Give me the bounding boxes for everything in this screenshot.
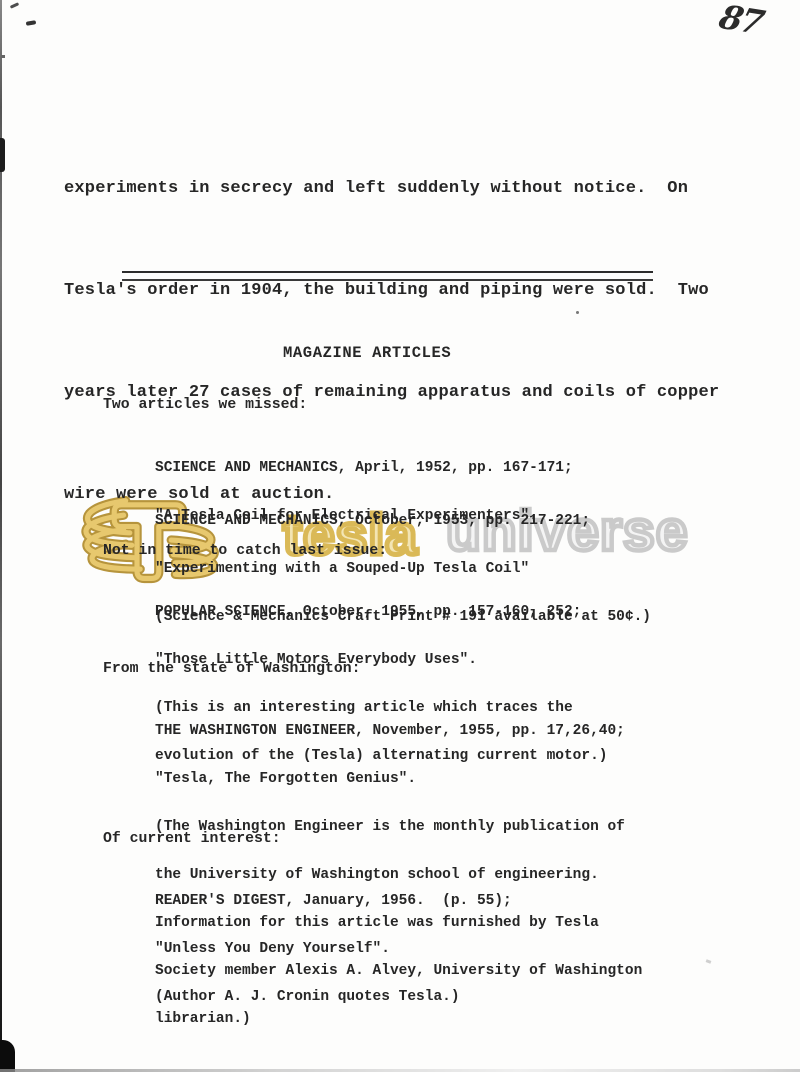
text-line: POPULAR SCIENCE, October, 1955, pp. 157-…	[155, 604, 607, 620]
text-line: "Tesla, The Forgotten Genius".	[155, 771, 642, 787]
scan-bottom-left-blob	[0, 1040, 15, 1072]
section-label-from-washington: From the state of Washington:	[103, 661, 361, 677]
handwritten-page-number: 87	[715, 0, 767, 42]
section-label-not-in-time: Not in time to catch last issue:	[103, 543, 387, 559]
article-entry: READER'S DIGEST, January, 1956. (p. 55);…	[155, 861, 512, 1037]
scan-speck	[1, 55, 5, 58]
scan-speck	[706, 959, 712, 964]
scan-speck	[26, 20, 37, 26]
scan-speck	[576, 311, 579, 314]
text-line: SCIENCE AND MECHANICS, April, 1952, pp. …	[155, 460, 573, 476]
text-line: (Author A. J. Cronin quotes Tesla.)	[155, 989, 512, 1005]
section-label-two-articles-we-missed: Two articles we missed:	[103, 397, 307, 413]
section-label-of-current-interest: Of current interest:	[103, 831, 281, 847]
text-line: experiments in secrecy and left suddenly…	[64, 172, 719, 206]
typed-double-rule-divider	[122, 271, 653, 281]
scan-left-edge-blob	[0, 138, 5, 172]
scanned-document-page: tesla universe 87 experiments in secrecy…	[0, 0, 800, 1072]
text-line: THE WASHINGTON ENGINEER, November, 1955,…	[155, 723, 642, 739]
page-title: MAGAZINE ARTICLES	[283, 344, 451, 362]
text-line: "Unless You Deny Yourself".	[155, 941, 512, 957]
text-line: SCIENCE AND MECHANICS, October, 1953, pp…	[155, 513, 651, 529]
scan-speck	[10, 2, 19, 9]
text-line: READER'S DIGEST, January, 1956. (p. 55);	[155, 893, 512, 909]
